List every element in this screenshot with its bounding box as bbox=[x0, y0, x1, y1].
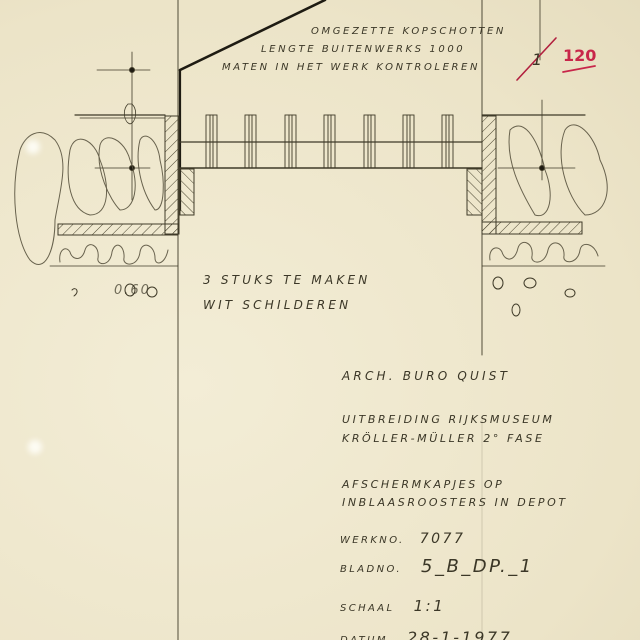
project-line2: KRÖLLER-MÜLLER 2° FASE bbox=[342, 432, 545, 445]
hood-slope bbox=[180, 0, 325, 70]
schaal-row: SCHAAL 1:1 bbox=[340, 596, 445, 615]
werkno-row: WERKNO. 7077 bbox=[340, 528, 465, 547]
note-finish: WIT SCHILDEREN bbox=[203, 298, 351, 312]
schaal-label: SCHAAL bbox=[340, 603, 395, 614]
schaal-value: 1:1 bbox=[414, 597, 446, 615]
datum-label: DATUM bbox=[340, 635, 388, 640]
struck-value: 1 bbox=[532, 50, 542, 69]
correction-underline bbox=[563, 66, 595, 72]
correction-value: 120 bbox=[563, 46, 596, 65]
datum-value: 28-1-1977 bbox=[407, 628, 512, 640]
werkno-value: 7077 bbox=[420, 531, 466, 547]
technical-drawing bbox=[0, 0, 640, 640]
note-top-line3: MATEN IN HET WERK KONTROLEREN bbox=[222, 62, 480, 73]
bladno-label: BLADNO. bbox=[340, 564, 402, 575]
datum-row: DATUM 28-1-1977 bbox=[340, 628, 512, 640]
note-quantity: 3 STUKS TE MAKEN bbox=[203, 273, 370, 287]
photo-glare bbox=[26, 140, 40, 154]
subject-line2: INBLAASROOSTERS IN DEPOT bbox=[342, 496, 568, 509]
insulation-right bbox=[490, 125, 607, 262]
werkno-label: WERKNO. bbox=[340, 535, 405, 546]
project-line1: UITBREIDING RIJKSMUSEUM bbox=[342, 413, 555, 426]
bladno-value: 5_B_DP._1 bbox=[421, 556, 534, 577]
insulation-left bbox=[15, 133, 168, 265]
drawing-sheet: OMGEZETTE KOPSCHOTTEN LENGTE BUITENWERKS… bbox=[0, 0, 640, 640]
architect: ARCH. BURO QUIST bbox=[342, 369, 510, 383]
note-left-marks: 0.60 bbox=[114, 283, 151, 298]
note-top-line1: OMGEZETTE KOPSCHOTTEN bbox=[311, 26, 506, 37]
photo-glare bbox=[28, 440, 42, 454]
subject-line1: AFSCHERMKAPJES OP bbox=[342, 478, 504, 491]
bladno-row: BLADNO. 5_B_DP._1 bbox=[340, 556, 534, 577]
note-top-line2: LENGTE BUITENWERKS 1000 bbox=[261, 44, 465, 55]
